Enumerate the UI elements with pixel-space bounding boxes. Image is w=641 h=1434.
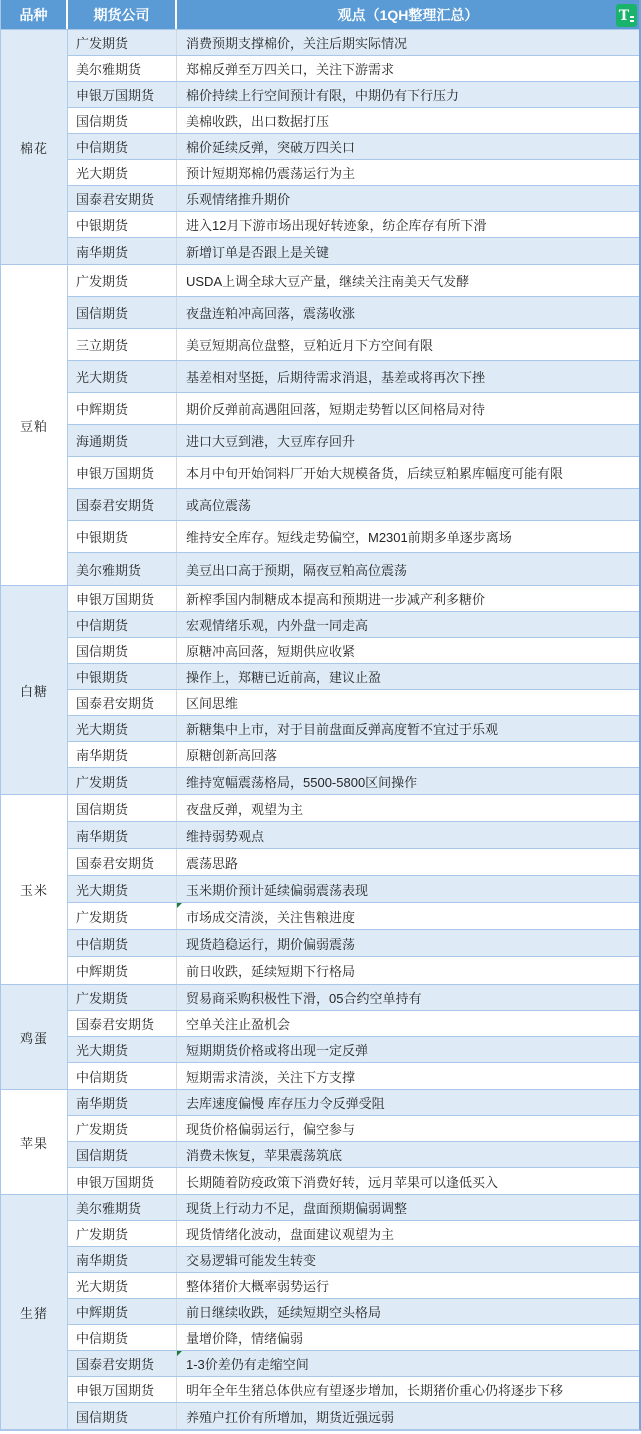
table-row: 广发期货贸易商采购积极性下滑，05合约空单持有 — [68, 985, 639, 1011]
table-row: 光大期货基差相对坚挺，后期待需求消退，基差或将再次下挫 — [68, 361, 639, 393]
section-rows: 广发期货贸易商采购积极性下滑，05合约空单持有国泰君安期货空单关注止盈机会光大期… — [68, 985, 639, 1089]
section-rows: 美尔雅期货现货上行动力不足，盘面预期偏弱调整广发期货现货情绪化波动，盘面建议观望… — [68, 1195, 639, 1429]
viewpoint-cell: 维持安全库存。短线走势偏空，M2301前期多单逐步离场 — [177, 521, 639, 552]
table-row: 中辉期货期价反弹前高遇阻回落，短期走势暂以区间格局对待 — [68, 393, 639, 425]
viewpoint-cell: 基差相对坚挺，后期待需求消退，基差或将再次下挫 — [177, 361, 639, 392]
company-cell: 海通期货 — [68, 425, 177, 456]
table-row: 光大期货短期期货价格或将出现一定反弹 — [68, 1037, 639, 1063]
viewpoint-text: 美豆出口高于预期，隔夜豆粕高位震荡 — [186, 560, 407, 579]
viewpoint-text: 夜盘连粕冲高回落，震荡收涨 — [186, 303, 355, 322]
viewpoint-text: 进入12月下游市场出现好转迹象，纺企库存有所下滑 — [186, 215, 486, 234]
viewpoint-cell: 消费未恢复，苹果震荡筑底 — [177, 1142, 639, 1167]
viewpoint-text: 基差相对坚挺，后期待需求消退，基差或将再次下挫 — [186, 367, 485, 386]
viewpoint-cell: 维持宽幅震荡格局，5500-5800区间操作 — [177, 768, 639, 794]
viewpoint-cell: 夜盘反弹，观望为主 — [177, 795, 639, 821]
viewpoint-cell: 期价反弹前高遇阻回落，短期走势暂以区间格局对待 — [177, 393, 639, 424]
table-row: 中辉期货前日继续收跌，延续短期空头格局 — [68, 1299, 639, 1325]
section-rows: 南华期货去库速度偏慢 库存压力令反弹受阻广发期货现货价格偏弱运行，偏空参与国信期… — [68, 1090, 639, 1194]
header-variety: 品种 — [1, 0, 68, 29]
table-row: 美尔雅期货郑棉反弹至万四关口，关注下游需求 — [68, 56, 639, 82]
company-cell: 中辉期货 — [68, 393, 177, 424]
table-row: 中信期货宏观情绪乐观，内外盘一同走高 — [68, 612, 639, 638]
table-row: 美尔雅期货现货上行动力不足，盘面预期偏弱调整 — [68, 1195, 639, 1221]
company-cell: 美尔雅期货 — [68, 1195, 177, 1220]
table-row: 申银万国期货明年全年生猪总体供应有望逐步增加，长期猪价重心仍将逐步下移 — [68, 1377, 639, 1403]
variety-cell: 生猪 — [1, 1195, 68, 1429]
company-cell: 申银万国期货 — [68, 586, 177, 611]
table-body: 棉花广发期货消费预期支撑棉价，关注后期实际情况美尔雅期货郑棉反弹至万四关口，关注… — [1, 30, 639, 1429]
viewpoint-cell: 量增价降，情绪偏弱 — [177, 1325, 639, 1350]
viewpoint-text: 棉价延续反弹，突破万四关口 — [186, 137, 355, 156]
variety-cell: 豆粕 — [1, 265, 68, 585]
viewpoint-text: 前日继续收跌，延续短期空头格局 — [186, 1302, 381, 1321]
table-row: 申银万国期货本月中旬开始饲料厂开始大规模备货，后续豆粕累库幅度可能有限 — [68, 457, 639, 489]
viewpoint-cell: 1-3价差仍有走缩空间 — [177, 1351, 639, 1376]
company-cell: 广发期货 — [68, 768, 177, 794]
company-cell: 中信期货 — [68, 1063, 177, 1089]
table-row: 美尔雅期货美豆出口高于预期，隔夜豆粕高位震荡 — [68, 553, 639, 585]
table-row: 中信期货棉价延续反弹，突破万四关口 — [68, 134, 639, 160]
viewpoint-text: 贸易商采购积极性下滑，05合约空单持有 — [186, 988, 421, 1007]
table-row: 广发期货现货情绪化波动，盘面建议观望为主 — [68, 1221, 639, 1247]
variety-cell: 白糖 — [1, 586, 68, 794]
viewpoint-cell: 郑棉反弹至万四关口，关注下游需求 — [177, 56, 639, 81]
table-row: 光大期货预计短期郑棉仍震荡运行为主 — [68, 160, 639, 186]
commodity-section: 棉花广发期货消费预期支撑棉价，关注后期实际情况美尔雅期货郑棉反弹至万四关口，关注… — [1, 30, 639, 265]
viewpoint-text: 进口大豆到港，大豆库存回升 — [186, 431, 355, 450]
commodity-section: 生猪美尔雅期货现货上行动力不足，盘面预期偏弱调整广发期货现货情绪化波动，盘面建议… — [1, 1195, 639, 1429]
viewpoint-cell: 前日收跌，延续短期下行格局 — [177, 957, 639, 984]
viewpoint-text: 美豆短期高位盘整，豆粕近月下方空间有限 — [186, 335, 433, 354]
header-company: 期货公司 — [68, 0, 177, 29]
viewpoint-text: 期价反弹前高遇阻回落，短期走势暂以区间格局对待 — [186, 399, 485, 418]
table-row: 南华期货维持弱势观点 — [68, 822, 639, 849]
viewpoint-text: 预计短期郑棉仍震荡运行为主 — [186, 163, 355, 182]
viewpoint-text: 夜盘反弹，观望为主 — [186, 799, 303, 818]
viewpoint-text: 棉价持续上行空间预计有限，中期仍有下行压力 — [186, 85, 459, 104]
company-cell: 南华期货 — [68, 822, 177, 848]
table-row: 国泰君安期货空单关注止盈机会 — [68, 1011, 639, 1037]
viewpoint-text: 消费预期支撑棉价，关注后期实际情况 — [186, 33, 407, 52]
viewpoint-cell: 棉价延续反弹，突破万四关口 — [177, 134, 639, 159]
viewpoint-cell: 原糖冲高回落，短期供应收紧 — [177, 638, 639, 663]
variety-cell: 鸡蛋 — [1, 985, 68, 1089]
viewpoint-cell: 新糖集中上市，对于目前盘面反弹高度暂不宜过于乐观 — [177, 716, 639, 741]
cell-corner-marker-icon — [177, 1351, 182, 1356]
section-rows: 申银万国期货新榨季国内制糖成本提高和预期进一步减产利多糖价中信期货宏观情绪乐观，… — [68, 586, 639, 794]
table-row: 中银期货进入12月下游市场出现好转迹象，纺企库存有所下滑 — [68, 212, 639, 238]
viewpoint-text: 现货情绪化波动，盘面建议观望为主 — [186, 1224, 394, 1243]
company-cell: 国泰君安期货 — [68, 1011, 177, 1036]
table-row: 广发期货维持宽幅震荡格局，5500-5800区间操作 — [68, 768, 639, 794]
table-row: 国信期货美棉收跌，出口数据打压 — [68, 108, 639, 134]
table-row: 南华期货原糖创新高回落 — [68, 742, 639, 768]
section-rows: 广发期货消费预期支撑棉价，关注后期实际情况美尔雅期货郑棉反弹至万四关口，关注下游… — [68, 30, 639, 264]
company-cell: 中辉期货 — [68, 957, 177, 984]
viewpoint-text: 现货价格偏弱运行，偏空参与 — [186, 1119, 355, 1138]
table-row: 南华期货新增订单是否跟上是关键 — [68, 238, 639, 264]
viewpoint-cell: 新榨季国内制糖成本提高和预期进一步减产利多糖价 — [177, 586, 639, 611]
company-cell: 国信期货 — [68, 1403, 177, 1429]
viewpoint-cell: 现货价格偏弱运行，偏空参与 — [177, 1116, 639, 1141]
viewpoint-text: 整体猪价大概率弱势运行 — [186, 1276, 329, 1295]
viewpoint-cell: 新增订单是否跟上是关键 — [177, 238, 639, 264]
viewpoint-text: 郑棉反弹至万四关口，关注下游需求 — [186, 59, 394, 78]
company-cell: 广发期货 — [68, 1116, 177, 1141]
viewpoint-text: 量增价降，情绪偏弱 — [186, 1328, 303, 1347]
company-cell: 中辉期货 — [68, 1299, 177, 1324]
viewpoint-cell: 消费预期支撑棉价，关注后期实际情况 — [177, 30, 639, 55]
viewpoint-text: 明年全年生猪总体供应有望逐步增加，长期猪价重心仍将逐步下移 — [186, 1380, 563, 1399]
viewpoint-text: 消费未恢复，苹果震荡筑底 — [186, 1145, 342, 1164]
viewpoint-text: 交易逻辑可能发生转变 — [186, 1250, 316, 1269]
commodity-section: 白糖申银万国期货新榨季国内制糖成本提高和预期进一步减产利多糖价中信期货宏观情绪乐… — [1, 586, 639, 795]
section-rows: 国信期货夜盘反弹，观望为主南华期货维持弱势观点国泰君安期货震荡思路光大期货玉米期… — [68, 795, 639, 984]
company-cell: 光大期货 — [68, 160, 177, 185]
table-row: 三立期货美豆短期高位盘整，豆粕近月下方空间有限 — [68, 329, 639, 361]
table-row: 光大期货整体猪价大概率弱势运行 — [68, 1273, 639, 1299]
company-cell: 美尔雅期货 — [68, 553, 177, 585]
company-cell: 中银期货 — [68, 664, 177, 689]
company-cell: 光大期货 — [68, 361, 177, 392]
viewpoint-cell: 现货情绪化波动，盘面建议观望为主 — [177, 1221, 639, 1246]
table-row: 光大期货新糖集中上市，对于目前盘面反弹高度暂不宜过于乐观 — [68, 716, 639, 742]
viewpoint-text: 养殖户扛价有所增加，期货近强远弱 — [186, 1407, 394, 1426]
commodity-section: 苹果南华期货去库速度偏慢 库存压力令反弹受阻广发期货现货价格偏弱运行，偏空参与国… — [1, 1090, 639, 1195]
viewpoint-text: 1-3价差仍有走缩空间 — [186, 1354, 309, 1373]
table-row: 申银万国期货新榨季国内制糖成本提高和预期进一步减产利多糖价 — [68, 586, 639, 612]
viewpoint-cell: 空单关注止盈机会 — [177, 1011, 639, 1036]
company-cell: 广发期货 — [68, 1221, 177, 1246]
company-cell: 光大期货 — [68, 876, 177, 902]
viewpoint-cell: 交易逻辑可能发生转变 — [177, 1247, 639, 1272]
viewpoint-cell: 玉米期价预计延续偏弱震荡表现 — [177, 876, 639, 902]
header-viewpoint: 观点（1QH整理汇总） — [177, 0, 639, 29]
viewpoint-text: 玉米期价预计延续偏弱震荡表现 — [186, 880, 368, 899]
viewpoint-text: 原糖创新高回落 — [186, 745, 277, 764]
viewpoint-text: 新增订单是否跟上是关键 — [186, 242, 329, 261]
table-row: 中信期货量增价降，情绪偏弱 — [68, 1325, 639, 1351]
viewpoint-text: 宏观情绪乐观，内外盘一同走高 — [186, 615, 368, 634]
viewpoint-text: 短期需求清淡，关注下方支撑 — [186, 1067, 355, 1086]
company-cell: 国泰君安期货 — [68, 849, 177, 875]
company-cell: 广发期货 — [68, 30, 177, 55]
company-cell: 申银万国期货 — [68, 1168, 177, 1194]
viewpoint-text: 区间思维 — [186, 693, 238, 712]
table-row: 国泰君安期货1-3价差仍有走缩空间 — [68, 1351, 639, 1377]
viewpoint-cell: 现货趋稳运行，期价偏弱震荡 — [177, 930, 639, 956]
viewpoint-cell: 进口大豆到港，大豆库存回升 — [177, 425, 639, 456]
table-row: 国泰君安期货区间思维 — [68, 690, 639, 716]
viewpoint-cell: 进入12月下游市场出现好转迹象，纺企库存有所下滑 — [177, 212, 639, 237]
company-cell: 中银期货 — [68, 212, 177, 237]
table-row: 光大期货玉米期价预计延续偏弱震荡表现 — [68, 876, 639, 903]
company-cell: 国泰君安期货 — [68, 489, 177, 520]
table-row: 广发期货现货价格偏弱运行，偏空参与 — [68, 1116, 639, 1142]
viewpoint-cell: 棉价持续上行空间预计有限，中期仍有下行压力 — [177, 82, 639, 107]
company-cell: 国泰君安期货 — [68, 186, 177, 211]
table-row: 国信期货消费未恢复，苹果震荡筑底 — [68, 1142, 639, 1168]
table-row: 中银期货维持安全库存。短线走势偏空，M2301前期多单逐步离场 — [68, 521, 639, 553]
viewpoint-text: 现货趋稳运行，期价偏弱震荡 — [186, 934, 355, 953]
table-row: 中辉期货前日收跌，延续短期下行格局 — [68, 957, 639, 984]
company-cell: 申银万国期货 — [68, 457, 177, 488]
viewpoint-cell: 本月中旬开始饲料厂开始大规模备货，后续豆粕累库幅度可能有限 — [177, 457, 639, 488]
company-cell: 广发期货 — [68, 265, 177, 296]
table-row: 申银万国期货长期随着防疫政策下消费好转，远月苹果可以逢低买入 — [68, 1168, 639, 1194]
viewpoint-cell: 预计短期郑棉仍震荡运行为主 — [177, 160, 639, 185]
viewpoint-cell: 区间思维 — [177, 690, 639, 715]
company-cell: 光大期货 — [68, 716, 177, 741]
company-cell: 光大期货 — [68, 1273, 177, 1298]
company-cell: 国信期货 — [68, 297, 177, 328]
viewpoint-cell: 震荡思路 — [177, 849, 639, 875]
cell-corner-marker-icon — [177, 903, 182, 908]
company-cell: 南华期货 — [68, 1090, 177, 1115]
table-row: 国泰君安期货或高位震荡 — [68, 489, 639, 521]
viewpoint-text: 空单关注止盈机会 — [186, 1014, 290, 1033]
viewpoint-text: 维持弱势观点 — [186, 826, 264, 845]
variety-cell: 苹果 — [1, 1090, 68, 1194]
company-cell: 南华期货 — [68, 238, 177, 264]
company-cell: 申银万国期货 — [68, 82, 177, 107]
company-cell: 申银万国期货 — [68, 1377, 177, 1402]
table-row: 中银期货操作上，郑糖已近前高，建议止盈 — [68, 664, 639, 690]
company-cell: 国信期货 — [68, 108, 177, 133]
viewpoint-cell: 或高位震荡 — [177, 489, 639, 520]
company-cell: 广发期货 — [68, 985, 177, 1010]
table-row: 南华期货去库速度偏慢 库存压力令反弹受阻 — [68, 1090, 639, 1116]
viewpoint-cell: 短期期货价格或将出现一定反弹 — [177, 1037, 639, 1062]
viewpoint-cell: 去库速度偏慢 库存压力令反弹受阻 — [177, 1090, 639, 1115]
viewpoint-cell: 市场成交清淡，关注售粮进度 — [177, 903, 639, 929]
company-cell: 中信期货 — [68, 930, 177, 956]
table-row: 广发期货消费预期支撑棉价，关注后期实际情况 — [68, 30, 639, 56]
viewpoint-cell: 明年全年生猪总体供应有望逐步增加，长期猪价重心仍将逐步下移 — [177, 1377, 639, 1402]
table-row: 广发期货市场成交清淡，关注售粮进度 — [68, 903, 639, 930]
viewpoint-cell: 整体猪价大概率弱势运行 — [177, 1273, 639, 1298]
table-row: 中信期货短期需求清淡，关注下方支撑 — [68, 1063, 639, 1089]
company-cell: 国信期货 — [68, 1142, 177, 1167]
viewpoint-text: 维持安全库存。短线走势偏空，M2301前期多单逐步离场 — [186, 527, 512, 546]
variety-cell: 棉花 — [1, 30, 68, 264]
viewpoint-text: 震荡思路 — [186, 853, 238, 872]
viewpoint-cell: 短期需求清淡，关注下方支撑 — [177, 1063, 639, 1089]
table-row: 国信期货夜盘反弹，观望为主 — [68, 795, 639, 822]
company-cell: 中银期货 — [68, 521, 177, 552]
green-t-logo-icon: T — [616, 4, 637, 27]
table-row: 国信期货养殖户扛价有所增加，期货近强远弱 — [68, 1403, 639, 1429]
viewpoint-cell: USDA上调全球大豆产量，继续关注南美天气发酵 — [177, 265, 639, 296]
company-cell: 南华期货 — [68, 1247, 177, 1272]
viewpoint-text: 去库速度偏慢 库存压力令反弹受阻 — [186, 1093, 385, 1112]
company-cell: 国泰君安期货 — [68, 690, 177, 715]
viewpoint-text: 原糖冲高回落，短期供应收紧 — [186, 641, 355, 660]
viewpoint-text: 现货上行动力不足，盘面预期偏弱调整 — [186, 1198, 407, 1217]
viewpoint-cell: 夜盘连粕冲高回落，震荡收涨 — [177, 297, 639, 328]
viewpoint-text: 长期随着防疫政策下消费好转，远月苹果可以逢低买入 — [186, 1172, 498, 1191]
company-cell: 中信期货 — [68, 134, 177, 159]
section-rows: 广发期货USDA上调全球大豆产量，继续关注南美天气发酵国信期货夜盘连粕冲高回落，… — [68, 265, 639, 585]
logo-letter: T — [619, 9, 629, 23]
company-cell: 中信期货 — [68, 612, 177, 637]
table-row: 广发期货USDA上调全球大豆产量，继续关注南美天气发酵 — [68, 265, 639, 297]
futures-viewpoint-table: 品种 期货公司 观点（1QH整理汇总） T 棉花广发期货消费预期支撑棉价，关注后… — [0, 0, 641, 1431]
viewpoint-cell: 美豆短期高位盘整，豆粕近月下方空间有限 — [177, 329, 639, 360]
table-row: 国信期货夜盘连粕冲高回落，震荡收涨 — [68, 297, 639, 329]
table-row: 南华期货交易逻辑可能发生转变 — [68, 1247, 639, 1273]
viewpoint-cell: 长期随着防疫政策下消费好转，远月苹果可以逢低买入 — [177, 1168, 639, 1194]
logo-lines-icon — [630, 16, 634, 22]
table-row: 国泰君安期货乐观情绪推升期价 — [68, 186, 639, 212]
viewpoint-cell: 美棉收跌，出口数据打压 — [177, 108, 639, 133]
commodity-section: 豆粕广发期货USDA上调全球大豆产量，继续关注南美天气发酵国信期货夜盘连粕冲高回… — [1, 265, 639, 586]
viewpoint-text: 新榨季国内制糖成本提高和预期进一步减产利多糖价 — [186, 589, 485, 608]
viewpoint-text: 操作上，郑糖已近前高，建议止盈 — [186, 667, 381, 686]
table-row: 海通期货进口大豆到港，大豆库存回升 — [68, 425, 639, 457]
viewpoint-text: 本月中旬开始饲料厂开始大规模备货，后续豆粕累库幅度可能有限 — [186, 463, 563, 482]
company-cell: 光大期货 — [68, 1037, 177, 1062]
viewpoint-cell: 美豆出口高于预期，隔夜豆粕高位震荡 — [177, 553, 639, 585]
company-cell: 三立期货 — [68, 329, 177, 360]
company-cell: 国泰君安期货 — [68, 1351, 177, 1376]
viewpoint-text: 乐观情绪推升期价 — [186, 189, 290, 208]
viewpoint-cell: 乐观情绪推升期价 — [177, 186, 639, 211]
viewpoint-cell: 原糖创新高回落 — [177, 742, 639, 767]
table-header: 品种 期货公司 观点（1QH整理汇总） T — [1, 0, 639, 30]
viewpoint-cell: 贸易商采购积极性下滑，05合约空单持有 — [177, 985, 639, 1010]
table-row: 申银万国期货棉价持续上行空间预计有限，中期仍有下行压力 — [68, 82, 639, 108]
viewpoint-text: 市场成交清淡，关注售粮进度 — [186, 907, 355, 926]
company-cell: 国信期货 — [68, 795, 177, 821]
viewpoint-text: 短期期货价格或将出现一定反弹 — [186, 1040, 368, 1059]
table-row: 国泰君安期货震荡思路 — [68, 849, 639, 876]
table-row: 中信期货现货趋稳运行，期价偏弱震荡 — [68, 930, 639, 957]
viewpoint-cell: 养殖户扛价有所增加，期货近强远弱 — [177, 1403, 639, 1429]
commodity-section: 鸡蛋广发期货贸易商采购积极性下滑，05合约空单持有国泰君安期货空单关注止盈机会光… — [1, 985, 639, 1090]
viewpoint-cell: 宏观情绪乐观，内外盘一同走高 — [177, 612, 639, 637]
company-cell: 美尔雅期货 — [68, 56, 177, 81]
viewpoint-cell: 前日继续收跌，延续短期空头格局 — [177, 1299, 639, 1324]
company-cell: 国信期货 — [68, 638, 177, 663]
viewpoint-text: 美棉收跌，出口数据打压 — [186, 111, 329, 130]
viewpoint-cell: 操作上，郑糖已近前高，建议止盈 — [177, 664, 639, 689]
table-row: 国信期货原糖冲高回落，短期供应收紧 — [68, 638, 639, 664]
viewpoint-text: 或高位震荡 — [186, 495, 251, 514]
company-cell: 南华期货 — [68, 742, 177, 767]
viewpoint-text: 前日收跌，延续短期下行格局 — [186, 961, 355, 980]
variety-cell: 玉米 — [1, 795, 68, 984]
viewpoint-text: 维持宽幅震荡格局，5500-5800区间操作 — [186, 772, 417, 791]
commodity-section: 玉米国信期货夜盘反弹，观望为主南华期货维持弱势观点国泰君安期货震荡思路光大期货玉… — [1, 795, 639, 985]
viewpoint-text: USDA上调全球大豆产量，继续关注南美天气发酵 — [186, 271, 469, 290]
viewpoint-cell: 维持弱势观点 — [177, 822, 639, 848]
viewpoint-text: 新糖集中上市，对于目前盘面反弹高度暂不宜过于乐观 — [186, 719, 498, 738]
viewpoint-cell: 现货上行动力不足，盘面预期偏弱调整 — [177, 1195, 639, 1220]
company-cell: 中信期货 — [68, 1325, 177, 1350]
company-cell: 广发期货 — [68, 903, 177, 929]
